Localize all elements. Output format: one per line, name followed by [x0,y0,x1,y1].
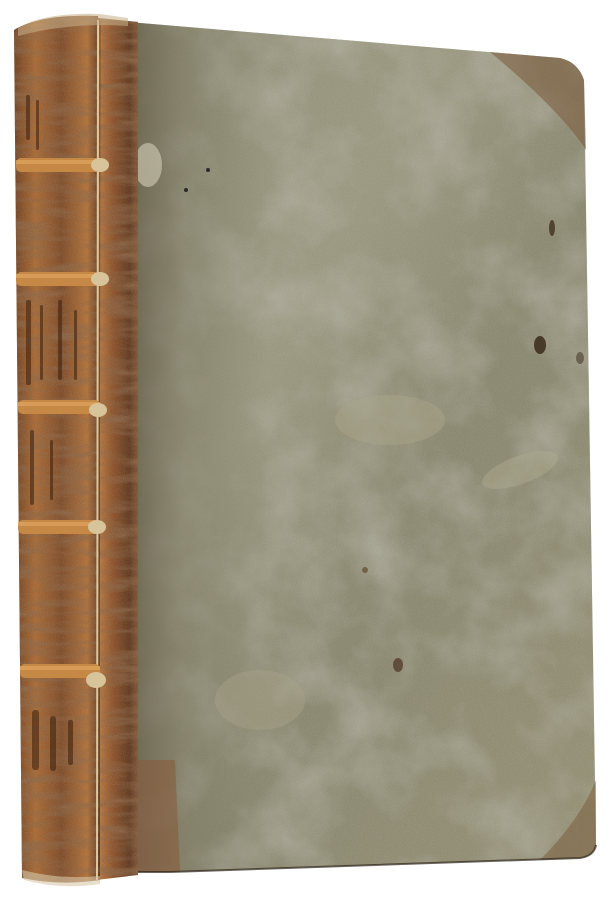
raised-band [16,158,109,172]
raised-band [18,520,106,534]
hinge [96,18,138,880]
front-cover [128,22,596,872]
book-photo [0,0,613,900]
spine [14,16,100,883]
raised-band [16,272,109,286]
book-illustration [0,0,613,900]
